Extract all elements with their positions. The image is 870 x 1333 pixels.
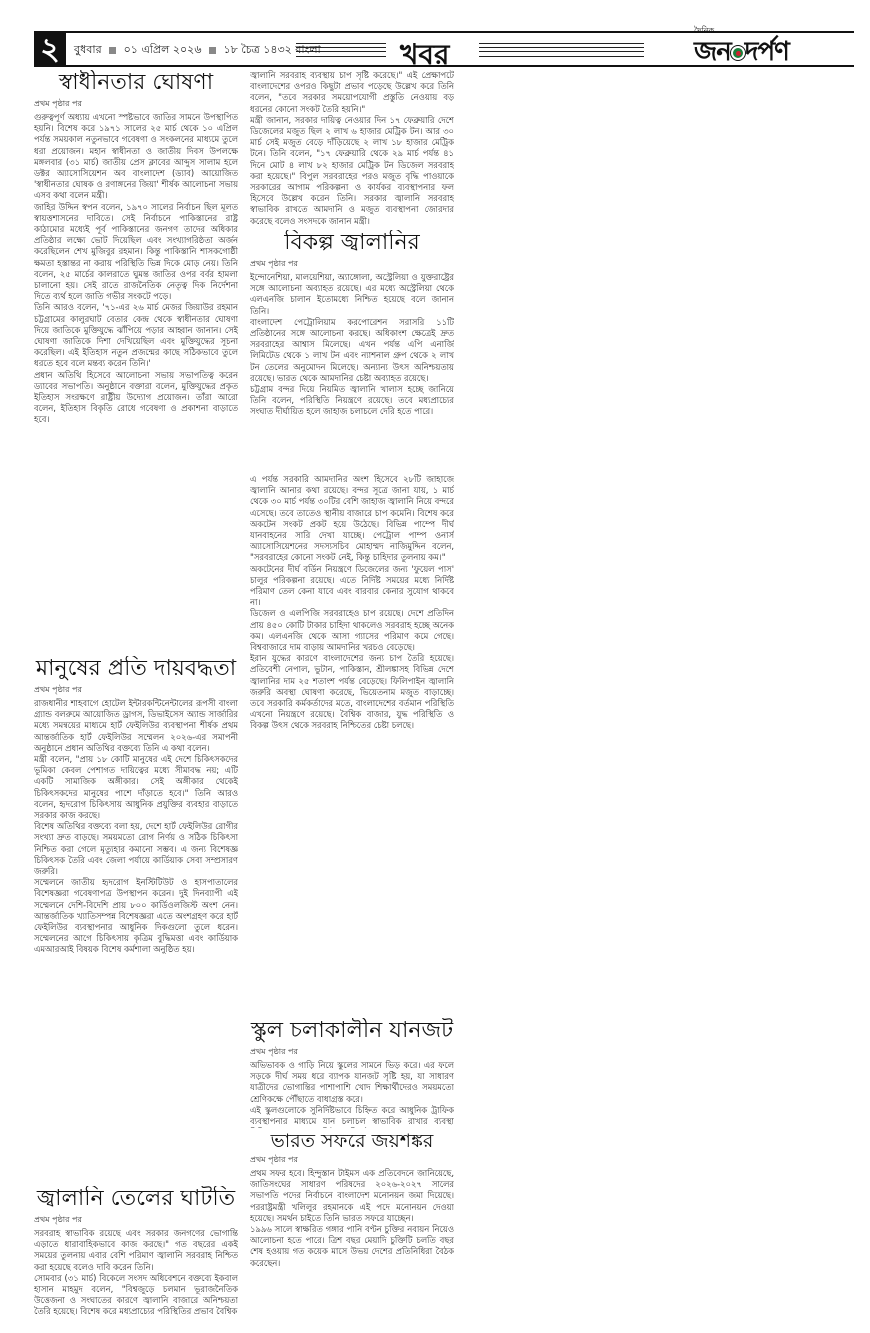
newspaper-logo[interactable]: দৈনিক জনদর্পণ — [694, 25, 844, 77]
kicker: প্রথম পৃষ্ঠার পর — [250, 1154, 454, 1167]
headline: জ্বালানি তেলের ঘাটতি — [34, 1186, 238, 1212]
article-bharat-sofor[interactable]: ভারত সফরে জয়শঙ্কর প্রথম পৃষ্ঠার পর প্রথ… — [250, 1130, 454, 1320]
paragraph: প্রধান অতিথি হিসেবে আলোচনা সভায় সভাপতিত… — [34, 370, 238, 426]
bangladesh-map-emblem-icon — [731, 46, 745, 60]
kicker: প্রথম পৃষ্ঠার পর — [250, 1046, 454, 1059]
paragraph: চট্টগ্রাম বন্দর দিয়ে নিয়মিত জ্বালানি খ… — [250, 384, 454, 418]
paragraph: অকটেনের দীর্ঘ বর্ডিন নিয়ন্ত্রণে ডিজেলের… — [250, 564, 454, 609]
paragraph: জাহির উদ্দিন স্বপন বলেন, ১৯৭০ সালের নির্… — [34, 202, 238, 303]
article-manusher[interactable]: মানুষের প্রতি দায়বদ্ধতা প্রথম পৃষ্ঠার প… — [34, 656, 238, 1184]
headline: স্কুল চলাকালীন যানজট — [250, 1018, 454, 1044]
page-number: ২ — [34, 33, 66, 67]
headline: ভারত সফরে জয়শঙ্কর — [250, 1130, 454, 1152]
paragraph: তিনি আরও বলেন, '৭১-এর ২৬ মার্চ মেজর জিয়… — [34, 302, 238, 369]
paragraph: গুরুত্বপূর্ণ অধ্যায় এখনো স্পষ্টভাবে জাত… — [34, 112, 238, 202]
separator-square-icon — [109, 47, 116, 54]
paragraph: ইন্দোনেশিয়া, মালয়েশিয়া, অ্যাঙ্গোলা, অ… — [250, 272, 454, 317]
article-jalani-teler[interactable]: জ্বালানি তেলের ঘাটতি প্রথম পৃষ্ঠার পর সর… — [34, 1186, 238, 1316]
date-gregorian: ০১ এপ্রিল ২০২৬ — [124, 43, 202, 56]
dateline: বুধবার ০১ এপ্রিল ২০২৬ ১৮ চৈত্র ১৪৩২ বাংল… — [74, 41, 321, 60]
kicker: প্রথম পৃষ্ঠার পর — [34, 1214, 238, 1227]
decorative-rule-right — [479, 43, 644, 57]
paragraph: বিশেষ অতিথির বক্তব্যে বলা হয়, দেশে হার্… — [34, 821, 238, 877]
paragraph: ইরান যুদ্ধের কারণে বাংলাদেশের জন্য চাপ ত… — [250, 653, 454, 731]
paragraph: প্রথম সফর হবে। হিন্দুস্তান টাইমস এক প্রত… — [250, 1168, 454, 1224]
article-school[interactable]: স্কুল চলাকালীন যানজট প্রথম পৃষ্ঠার পর অভ… — [250, 1018, 454, 1128]
paragraph: মন্ত্রী বলেন, "প্রায় ১৮ কোটি মানুষের এই… — [34, 754, 238, 821]
logo-name-left: জন — [694, 37, 731, 67]
paragraph: সোমবার (৩১ মার্চ) বিকেলে সংসদ অধিবেশনে ব… — [34, 1273, 238, 1316]
article-aprile[interactable]: এ পর্যন্ত সরকারি আমদানির অংশ হিসেবে ২৮টি… — [250, 474, 454, 1014]
headline: স্বাধীনতার ঘোষণা — [34, 70, 238, 96]
separator-square-icon — [209, 47, 216, 54]
article-jalani-sorobraho[interactable]: জ্বালানি সরবরাহ ব্যবস্থায় চাপ সৃষ্টি কর… — [250, 70, 454, 226]
paragraph: এই স্কুলগুলোকে সুনির্দিষ্টভাবে চিহ্নিত ক… — [250, 1105, 454, 1128]
paragraph: সম্মেলনে জাতীয় হৃদরোগ ইনস্টিটিউট ও হাসপ… — [34, 877, 238, 955]
paragraph: অভিভাবক ও গাড়ি নিয়ে স্কুলের সামনে ভিড়… — [250, 1060, 454, 1105]
paragraph: এ পর্যন্ত সরকারি আমদানির অংশ হিসেবে ২৮টি… — [250, 474, 454, 564]
logo-name-right: দর্পণ — [745, 37, 789, 67]
paragraph: রাজধানীর শাহবাগে হোটেল ইন্টারকন্টিনেন্টা… — [34, 698, 238, 754]
kicker: প্রথম পৃষ্ঠার পর — [34, 98, 238, 111]
paragraph: বাংলাদেশ পেট্রোলিয়াম করপোরেশন সরাসরি ১১… — [250, 317, 454, 384]
decorative-rule-left — [296, 43, 386, 57]
article-swadhinota[interactable]: স্বাধীনতার ঘোষণা প্রথম পৃষ্ঠার পর গুরুত্… — [34, 70, 238, 650]
paragraph: সরবরাহ স্বাভাবিক রয়েছে এবং সরকার জনগণের… — [34, 1228, 238, 1273]
header-divider — [34, 65, 854, 67]
kicker: প্রথম পৃষ্ঠার পর — [250, 258, 454, 271]
kicker: প্রথম পৃষ্ঠার পর — [34, 684, 238, 697]
weekday: বুধবার — [74, 43, 102, 56]
paragraph: ১৯৯৬ সালে স্বাক্ষরিত গঙ্গার পানি বণ্টন চ… — [250, 1224, 454, 1269]
paragraph: মন্ত্রী জানান, সরকার দায়িত্ব নেওয়ার দি… — [250, 115, 454, 226]
logo-wordmark: জনদর্পণ — [694, 38, 844, 66]
paragraph: জ্বালানি সরবরাহ ব্যবস্থায় চাপ সৃষ্টি কর… — [250, 70, 454, 115]
headline: বিকল্প জ্বালানির — [250, 230, 454, 256]
paragraph: ডিজেল ও এলপিজি সরবরাহেও চাপ রয়েছে। দেশে… — [250, 608, 454, 653]
article-bikolpo[interactable]: বিকল্প জ্বালানির প্রথম পৃষ্ঠার পর ইন্দোন… — [250, 230, 454, 470]
headline: মানুষের প্রতি দায়বদ্ধতা — [34, 656, 238, 682]
